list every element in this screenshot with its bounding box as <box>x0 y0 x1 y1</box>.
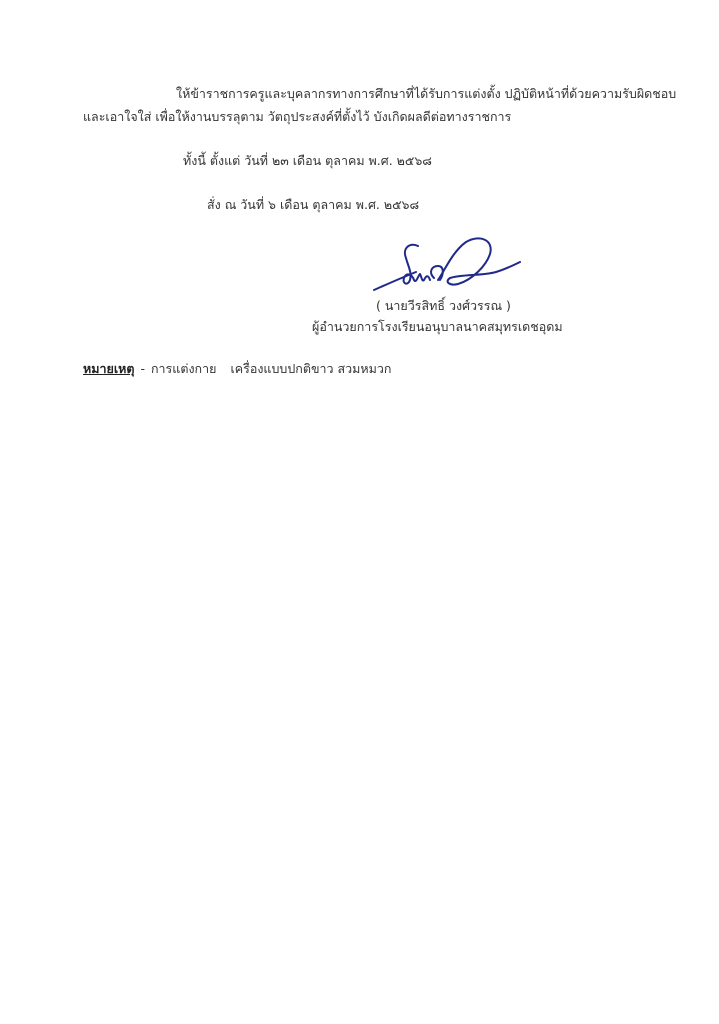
effective-date: ทั้งนี้ ตั้งแต่ วันที่ ๒๓ เดือน ตุลาคม พ… <box>183 153 432 169</box>
signer-position: ผู้อำนวยการโรงเรียนอนุบาลนาคสมุทรเดชอุดม <box>312 319 563 335</box>
remark: หมายเหตุ-การแต่งกายเครื่องแบบปกติขาว สวม… <box>83 361 392 377</box>
remark-item: การแต่งกาย <box>151 361 217 376</box>
body-paragraph-line-1: ให้ข้าราชการครูและบุคลากรทางการศึกษาที่ไ… <box>176 86 676 102</box>
order-date: สั่ง ณ วันที่ ๖ เดือน ตุลาคม พ.ศ. ๒๕๖๘ <box>207 197 419 213</box>
signer-name: ( นายวีรสิทธิ์ วงศ์วรรณ ) <box>376 298 511 314</box>
signature-icon <box>372 232 522 292</box>
remark-detail: เครื่องแบบปกติขาว สวมหมวก <box>230 361 391 376</box>
remark-dash: - <box>140 361 145 376</box>
remark-label: หมายเหตุ <box>83 361 134 376</box>
body-paragraph-line-2: และเอาใจใส่ เพื่อให้งานบรรลุตาม วัตถุประ… <box>83 109 511 125</box>
